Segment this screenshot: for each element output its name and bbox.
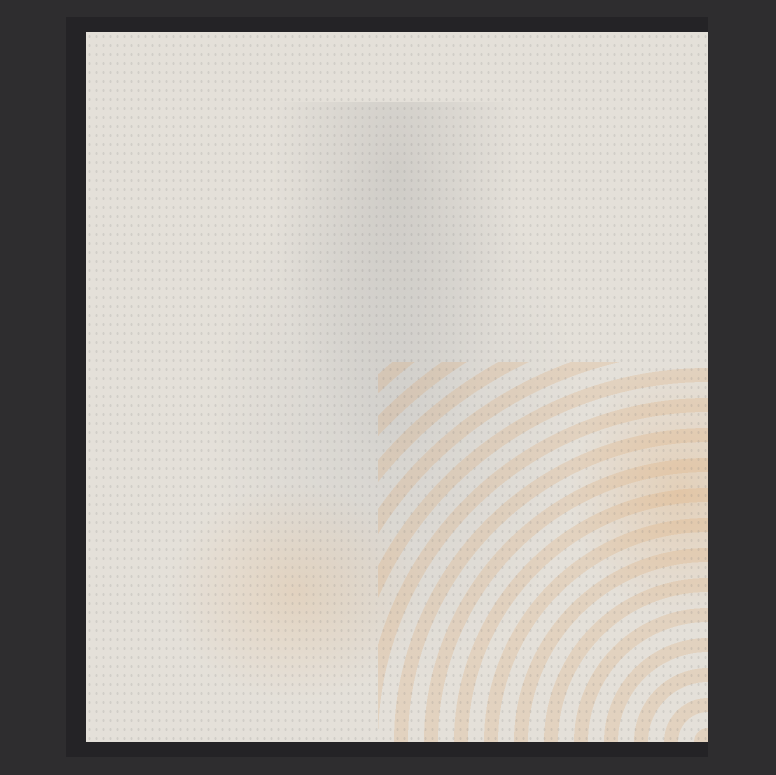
stamp-reverse (86, 32, 708, 742)
paper-texture (86, 32, 708, 742)
